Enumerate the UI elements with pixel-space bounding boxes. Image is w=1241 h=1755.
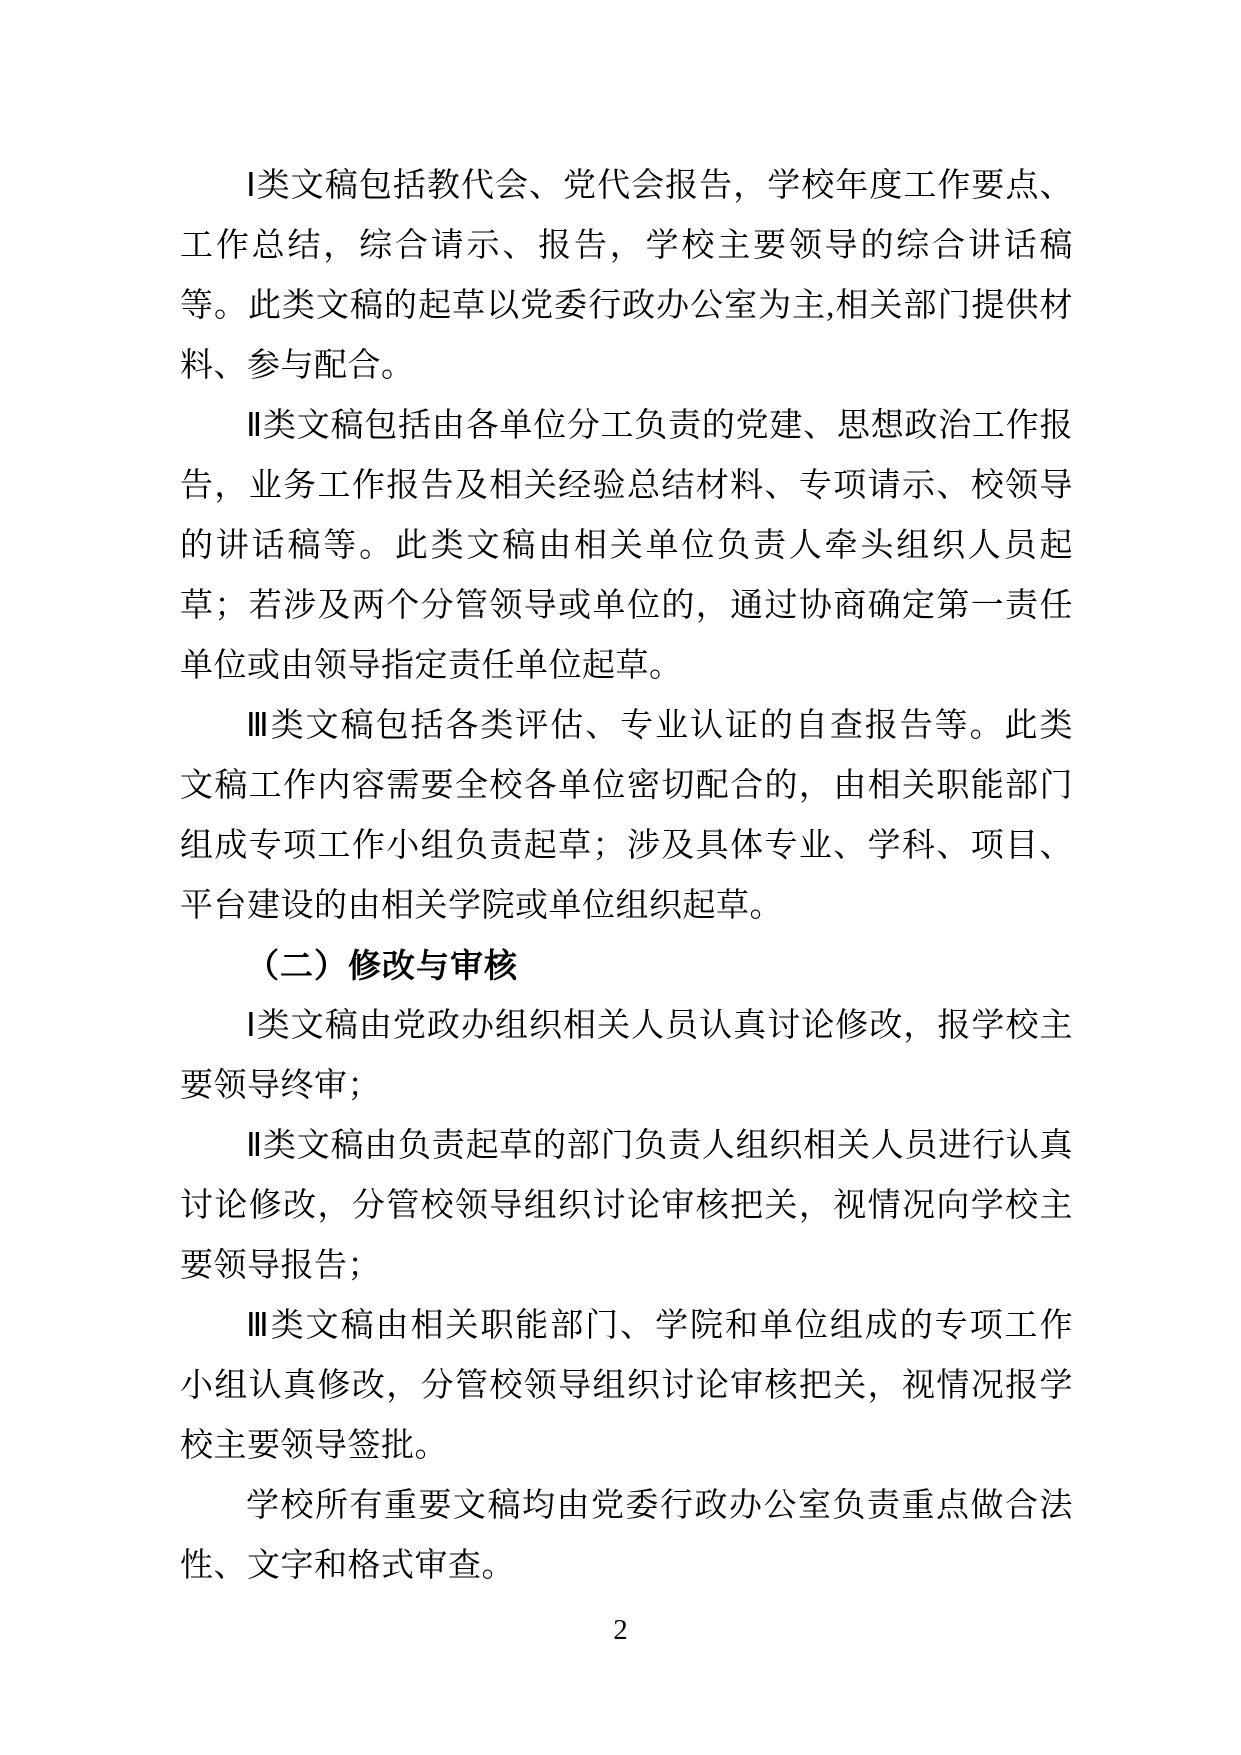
- document-body: Ⅰ类文稿包括教代会、党代会报告，学校年度工作要点、工作总结，综合请示、报告，学校…: [180, 156, 1073, 1596]
- paragraph-class2-review: Ⅱ类文稿由负责起草的部门负责人组织相关人员进行认真讨论修改，分管校领导组织讨论审…: [180, 1116, 1073, 1296]
- paragraph-class1-drafting: Ⅰ类文稿包括教代会、党代会报告，学校年度工作要点、工作总结，综合请示、报告，学校…: [180, 156, 1073, 396]
- section-heading-revision-review: （二）修改与审核: [180, 936, 1073, 996]
- paragraph-class2-drafting: Ⅱ类文稿包括由各单位分工负责的党建、思想政治工作报告，业务工作报告及相关经验总结…: [180, 396, 1073, 696]
- paragraph-class3-review: Ⅲ类文稿由相关职能部门、学院和单位组成的专项工作小组认真修改，分管校领导组织讨论…: [180, 1296, 1073, 1476]
- page-number: 2: [0, 1612, 1241, 1648]
- paragraph-class1-review: Ⅰ类文稿由党政办组织相关人员认真讨论修改，报学校主要领导终审；: [180, 996, 1073, 1116]
- document-page: Ⅰ类文稿包括教代会、党代会报告，学校年度工作要点、工作总结，综合请示、报告，学校…: [0, 0, 1241, 1755]
- paragraph-legality-check: 学校所有重要文稿均由党委行政办公室负责重点做合法性、文字和格式审查。: [180, 1476, 1073, 1596]
- paragraph-class3-drafting: Ⅲ类文稿包括各类评估、专业认证的自查报告等。此类文稿工作内容需要全校各单位密切配…: [180, 696, 1073, 936]
